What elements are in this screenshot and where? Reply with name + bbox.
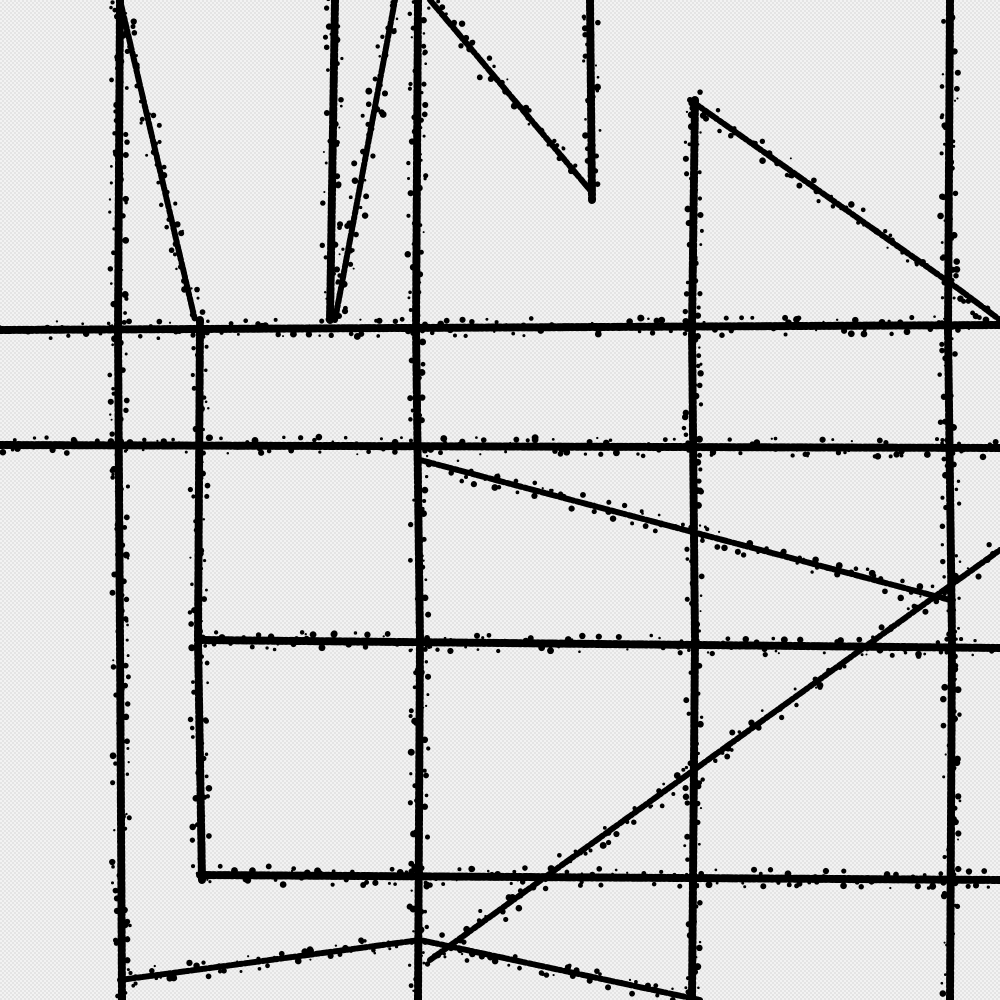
speckle-dot	[888, 624, 894, 630]
speckle-dot	[81, 442, 85, 446]
speckle-dot	[198, 720, 201, 723]
speckle-dot	[122, 525, 127, 530]
speckle-dot	[392, 449, 398, 455]
speckle-dot	[109, 413, 111, 415]
speckle-dot	[815, 686, 817, 688]
speckle-dot	[949, 727, 956, 734]
speckle-dot	[628, 876, 633, 881]
speckle-dot	[133, 974, 138, 979]
speckle-dot	[304, 636, 310, 642]
speckle-dot	[461, 953, 463, 955]
speckle-dot	[699, 402, 703, 406]
speckle-dot	[989, 647, 994, 652]
speckle-dot	[418, 909, 424, 915]
speckle-dot	[816, 199, 820, 203]
speckle-dot	[953, 258, 960, 265]
speckle-dot	[413, 380, 415, 382]
speckle-dot	[987, 885, 990, 888]
speckle-dot	[578, 650, 581, 653]
speckle-dot	[958, 648, 962, 652]
speckle-dot	[421, 639, 424, 642]
speckle-dot	[957, 480, 960, 483]
speckle-dot	[325, 298, 327, 300]
speckle-dot	[942, 355, 948, 361]
speckle-dot	[420, 159, 423, 162]
speckle-dot	[942, 73, 944, 75]
speckle-dot	[26, 331, 30, 335]
speckle-dot	[125, 813, 127, 815]
speckle-dot	[941, 723, 947, 729]
speckle-dot	[115, 994, 120, 999]
speckle-dot	[826, 668, 831, 673]
speckle-dot	[411, 718, 418, 725]
speckle-dot	[503, 639, 506, 642]
speckle-dot	[406, 214, 410, 218]
speckle-dot	[444, 318, 450, 324]
speckle-dot	[817, 682, 824, 689]
speckle-dot	[373, 952, 376, 955]
speckle-dot	[851, 440, 853, 442]
speckle-dot	[699, 524, 701, 526]
speckle-dot	[334, 872, 340, 878]
speckle-dot	[185, 451, 188, 454]
speckle-dot	[116, 497, 119, 500]
speckle-dot	[120, 213, 125, 218]
speckle-dot	[236, 446, 240, 450]
speckle-dot	[198, 438, 201, 441]
speckle-dot	[247, 955, 249, 957]
speckle-dot	[457, 939, 459, 941]
speckle-dot	[637, 315, 644, 322]
speckle-dot	[638, 330, 642, 334]
speckle-dot	[154, 965, 156, 967]
speckle-dot	[895, 246, 898, 249]
speckle-dot	[337, 292, 340, 295]
speckle-dot	[108, 266, 114, 272]
speckle-dot	[120, 367, 126, 373]
speckle-dot	[731, 876, 738, 883]
speckle-dot	[552, 438, 555, 441]
speckle-dot	[354, 631, 357, 634]
speckle-dot	[205, 345, 209, 349]
speckle-dot	[797, 637, 803, 643]
speckle-dot	[931, 597, 934, 600]
speckle-dot	[469, 866, 475, 872]
speckle-dot	[405, 870, 408, 873]
speckle-dot	[951, 283, 954, 286]
speckle-dot	[202, 395, 206, 399]
speckle-dot	[200, 589, 202, 591]
speckle-dot	[218, 969, 222, 973]
speckle-dot	[493, 331, 495, 333]
speckle-dot	[323, 35, 328, 40]
speckle-dot	[696, 353, 701, 358]
speckle-dot	[335, 945, 337, 947]
speckle-dot	[721, 641, 726, 646]
speckle-dot	[411, 640, 417, 646]
speckle-dot	[139, 100, 143, 104]
speckle-dot	[532, 481, 537, 486]
speckle-dot	[946, 631, 952, 637]
speckle-dot	[391, 326, 393, 328]
speckle-dot	[416, 185, 423, 192]
speckle-dot	[635, 642, 639, 646]
speckle-dot	[947, 541, 951, 545]
speckle-dot	[469, 950, 476, 957]
speckle-dot	[400, 436, 403, 439]
speckle-dot	[597, 325, 599, 327]
speckle-dot	[474, 633, 480, 639]
speckle-dot	[148, 113, 151, 116]
speckle-dot	[390, 0, 395, 5]
speckle-dot	[359, 187, 361, 189]
speckle-dot	[111, 324, 113, 326]
speckle-dot	[841, 868, 846, 873]
speckle-dot	[975, 573, 981, 579]
speckle-dot	[36, 326, 40, 330]
speckle-dot	[688, 123, 695, 130]
speckle-dot	[44, 325, 51, 332]
speckle-dot	[113, 692, 118, 697]
speckle-dot	[464, 475, 468, 479]
speckle-dot	[876, 879, 879, 882]
speckle-dot	[206, 785, 213, 792]
speckle-dot	[583, 646, 585, 648]
speckle-dot	[195, 497, 200, 502]
speckle-dot	[206, 794, 210, 798]
speckle-dot	[245, 440, 249, 444]
speckle-dot	[957, 906, 959, 908]
speckle-dot	[330, 106, 333, 109]
speckle-dot	[658, 637, 661, 640]
speckle-dot	[852, 317, 858, 323]
speckle-dot	[50, 447, 56, 453]
speckle-dot	[695, 801, 701, 807]
speckle-dot	[734, 444, 740, 450]
speckle-dot	[370, 153, 375, 158]
speckle-dot	[562, 147, 566, 151]
speckle-dot	[464, 646, 467, 649]
speckle-dot	[358, 937, 364, 943]
speckle-dot	[348, 262, 353, 267]
speckle-dot	[750, 724, 753, 727]
speckle-dot	[190, 726, 195, 731]
speckle-dot	[608, 325, 614, 331]
speckle-dot	[893, 872, 899, 878]
speckle-dot	[942, 472, 949, 479]
speckle-dot	[198, 406, 204, 412]
speckle-dot	[724, 316, 729, 321]
speckle-dot	[337, 273, 342, 278]
speckle-dot	[685, 857, 690, 862]
speckle-dot	[666, 447, 670, 451]
speckle-dot	[425, 961, 430, 966]
speckle-dot	[678, 650, 683, 655]
speckle-dot	[880, 234, 884, 238]
speckle-dot	[648, 641, 653, 646]
speckle-dot	[698, 489, 704, 495]
speckle-dot	[344, 637, 346, 639]
speckle-dot	[914, 604, 919, 609]
speckle-dot	[349, 949, 353, 953]
speckle-dot	[500, 909, 506, 915]
speckle-dot	[948, 179, 953, 184]
speckle-dot	[494, 871, 501, 878]
speckle-dot	[863, 329, 866, 332]
speckle-dot	[559, 873, 561, 875]
speckle-dot	[199, 417, 202, 420]
speckle-dot	[117, 176, 124, 183]
speckle-dot	[648, 805, 652, 809]
speckle-dot	[266, 641, 269, 644]
speckle-dot	[352, 224, 354, 226]
speckle-dot	[124, 597, 129, 602]
speckle-dot	[618, 328, 621, 331]
speckle-dot	[616, 634, 622, 640]
speckle-dot	[421, 955, 423, 957]
speckle-dot	[191, 864, 195, 868]
speckle-dot	[381, 447, 386, 452]
speckle-dot	[166, 217, 171, 222]
speckle-dot	[871, 321, 877, 327]
speckle-dot	[917, 583, 924, 590]
speckle-dot	[206, 681, 209, 684]
speckle-dot	[487, 55, 492, 60]
speckle-dot	[684, 432, 689, 437]
speckle-dot	[114, 299, 118, 303]
speckle-dot	[613, 831, 619, 837]
speckle-dot	[113, 110, 117, 114]
speckle-dot	[419, 585, 423, 589]
speckle-dot	[189, 960, 192, 963]
speckle-dot	[988, 442, 993, 447]
speckle-dot	[605, 508, 612, 515]
speckle-dot	[955, 686, 962, 693]
speckle-dot	[142, 438, 146, 442]
speckle-dot	[374, 106, 380, 112]
speckle-dot	[990, 322, 994, 326]
speckle-dot	[980, 454, 987, 461]
speckle-dot	[95, 438, 100, 443]
speckle-dot	[591, 322, 594, 325]
speckle-dot	[856, 637, 862, 643]
speckle-dot	[695, 820, 700, 825]
speckle-dot	[412, 242, 416, 246]
speckle-dot	[497, 445, 499, 447]
speckle-dot	[31, 443, 37, 449]
speckle-dot	[943, 143, 946, 146]
speckle-dot	[393, 319, 398, 324]
speckle-dot	[897, 624, 900, 627]
speckle-dot	[692, 703, 698, 709]
speckle-dot	[419, 976, 422, 979]
speckle-dot	[116, 721, 121, 726]
speckle-dot	[44, 435, 48, 439]
speckle-dot	[457, 867, 461, 871]
speckle-dot	[124, 398, 130, 404]
speckle-dot	[966, 298, 972, 304]
speckle-dot	[329, 328, 332, 331]
speckle-dot	[516, 905, 523, 912]
speckle-dot	[383, 635, 385, 637]
speckle-dot	[528, 123, 531, 126]
speckle-dot	[610, 642, 614, 646]
speckle-dot	[957, 597, 960, 600]
speckle-dot	[415, 606, 422, 613]
speckle-dot	[197, 366, 199, 368]
speckle-dot	[165, 447, 167, 449]
speckle-dot	[529, 316, 534, 321]
speckle-dot	[582, 32, 588, 38]
speckle-dot	[688, 111, 695, 118]
speckle-dot	[364, 632, 370, 638]
speckle-dot	[495, 320, 499, 324]
speckle-dot	[339, 443, 344, 448]
speckle-dot	[860, 642, 863, 645]
speckle-dot	[66, 334, 70, 338]
speckle-dot	[813, 676, 818, 681]
speckle-dot	[700, 807, 702, 809]
speckle-dot	[955, 866, 961, 872]
speckle-dot	[164, 225, 169, 230]
speckle-dot	[578, 883, 583, 888]
speckle-dot	[119, 487, 123, 491]
speckle-dot	[353, 268, 355, 270]
speckle-dot	[971, 298, 976, 303]
speckle-dot	[116, 602, 121, 607]
speckle-dot	[663, 437, 668, 442]
speckle-dot	[570, 973, 576, 979]
speckle-dot	[941, 241, 944, 244]
speckle-dot	[265, 963, 270, 968]
speckle-dot	[363, 644, 368, 649]
speckle-dot	[809, 682, 813, 686]
speckle-dot	[415, 1, 422, 8]
speckle-dot	[951, 48, 957, 54]
speckle-dot	[756, 551, 759, 554]
speckle-dot	[112, 659, 114, 661]
speckle-dot	[409, 772, 412, 775]
speckle-dot	[422, 51, 426, 55]
speckle-dot	[125, 353, 128, 356]
speckle-dot	[329, 33, 332, 36]
speckle-dot	[115, 490, 117, 492]
speckle-dot	[756, 725, 762, 731]
speckle-dot	[111, 473, 114, 476]
speckle-dot	[954, 86, 960, 92]
speckle-dot	[332, 220, 336, 224]
speckle-dot	[477, 74, 483, 80]
speckle-dot	[675, 644, 681, 650]
speckle-dot	[203, 518, 205, 520]
speckle-dot	[331, 155, 335, 159]
speckle-dot	[705, 759, 707, 761]
speckle-dot	[117, 135, 122, 140]
speckle-dot	[538, 644, 545, 651]
speckle-dot	[955, 70, 961, 76]
speckle-dot	[123, 842, 125, 844]
speckle-dot	[696, 945, 702, 951]
speckle-dot	[754, 439, 761, 446]
speckle-dot	[120, 687, 125, 692]
speckle-dot	[517, 966, 522, 971]
speckle-dot	[111, 865, 115, 869]
speckle-dot	[340, 105, 343, 108]
speckle-dot	[692, 278, 698, 284]
speckle-dot	[338, 952, 343, 957]
speckle-dot	[950, 424, 957, 431]
speckle-dot	[797, 555, 802, 560]
speckle-dot	[700, 716, 703, 719]
speckle-dot	[496, 447, 499, 450]
speckle-dot	[425, 834, 430, 839]
speckle-dot	[331, 883, 335, 887]
speckle-dot	[208, 880, 211, 883]
speckle-dot	[653, 529, 658, 534]
speckle-dot	[113, 829, 115, 831]
speckle-dot	[728, 133, 734, 139]
speckle-dot	[430, 331, 435, 336]
speckle-dot	[949, 217, 953, 221]
speckle-dot	[883, 440, 888, 445]
speckle-dot	[694, 256, 697, 259]
speckle-dot	[364, 179, 367, 182]
speckle-dot	[879, 319, 886, 326]
speckle-dot	[206, 833, 212, 839]
speckle-dot	[780, 551, 784, 555]
speckle-dot	[759, 157, 766, 164]
speckle-dot	[419, 417, 425, 423]
speckle-dot	[750, 316, 754, 320]
speckle-dot	[388, 947, 391, 950]
speckle-dot	[273, 956, 276, 959]
speckle-dot	[126, 624, 129, 627]
speckle-dot	[636, 452, 639, 455]
speckle-dot	[986, 319, 989, 322]
speckle-dot	[513, 437, 519, 443]
speckle-dot	[338, 97, 344, 103]
speckle-dot	[268, 876, 271, 879]
speckle-dot	[843, 665, 847, 669]
speckle-dot	[483, 327, 488, 332]
speckle-dot	[690, 945, 696, 951]
speckle-dot	[412, 0, 416, 4]
speckle-dot	[109, 431, 114, 436]
speckle-dot	[861, 653, 864, 656]
speckle-dot	[151, 149, 157, 155]
speckle-dot	[696, 436, 703, 443]
speckle-dot	[511, 103, 518, 110]
speckle-dot	[504, 450, 507, 453]
speckle-dot	[219, 634, 226, 641]
speckle-dot	[689, 883, 692, 886]
speckle-dot	[925, 263, 929, 267]
speckle-dot	[195, 770, 201, 776]
speckle-dot	[695, 956, 697, 958]
speckle-dot	[694, 779, 698, 783]
speckle-dot	[525, 114, 531, 120]
speckle-dot	[685, 800, 690, 805]
speckle-dot	[807, 881, 811, 885]
speckle-dot	[326, 0, 330, 1]
speckle-dot	[574, 849, 578, 853]
speckle-dot	[173, 330, 176, 333]
speckle-dot	[692, 737, 694, 739]
speckle-dot	[132, 30, 138, 36]
speckle-dot	[940, 84, 945, 89]
speckle-dot	[674, 772, 681, 779]
speckle-dot	[959, 800, 962, 803]
